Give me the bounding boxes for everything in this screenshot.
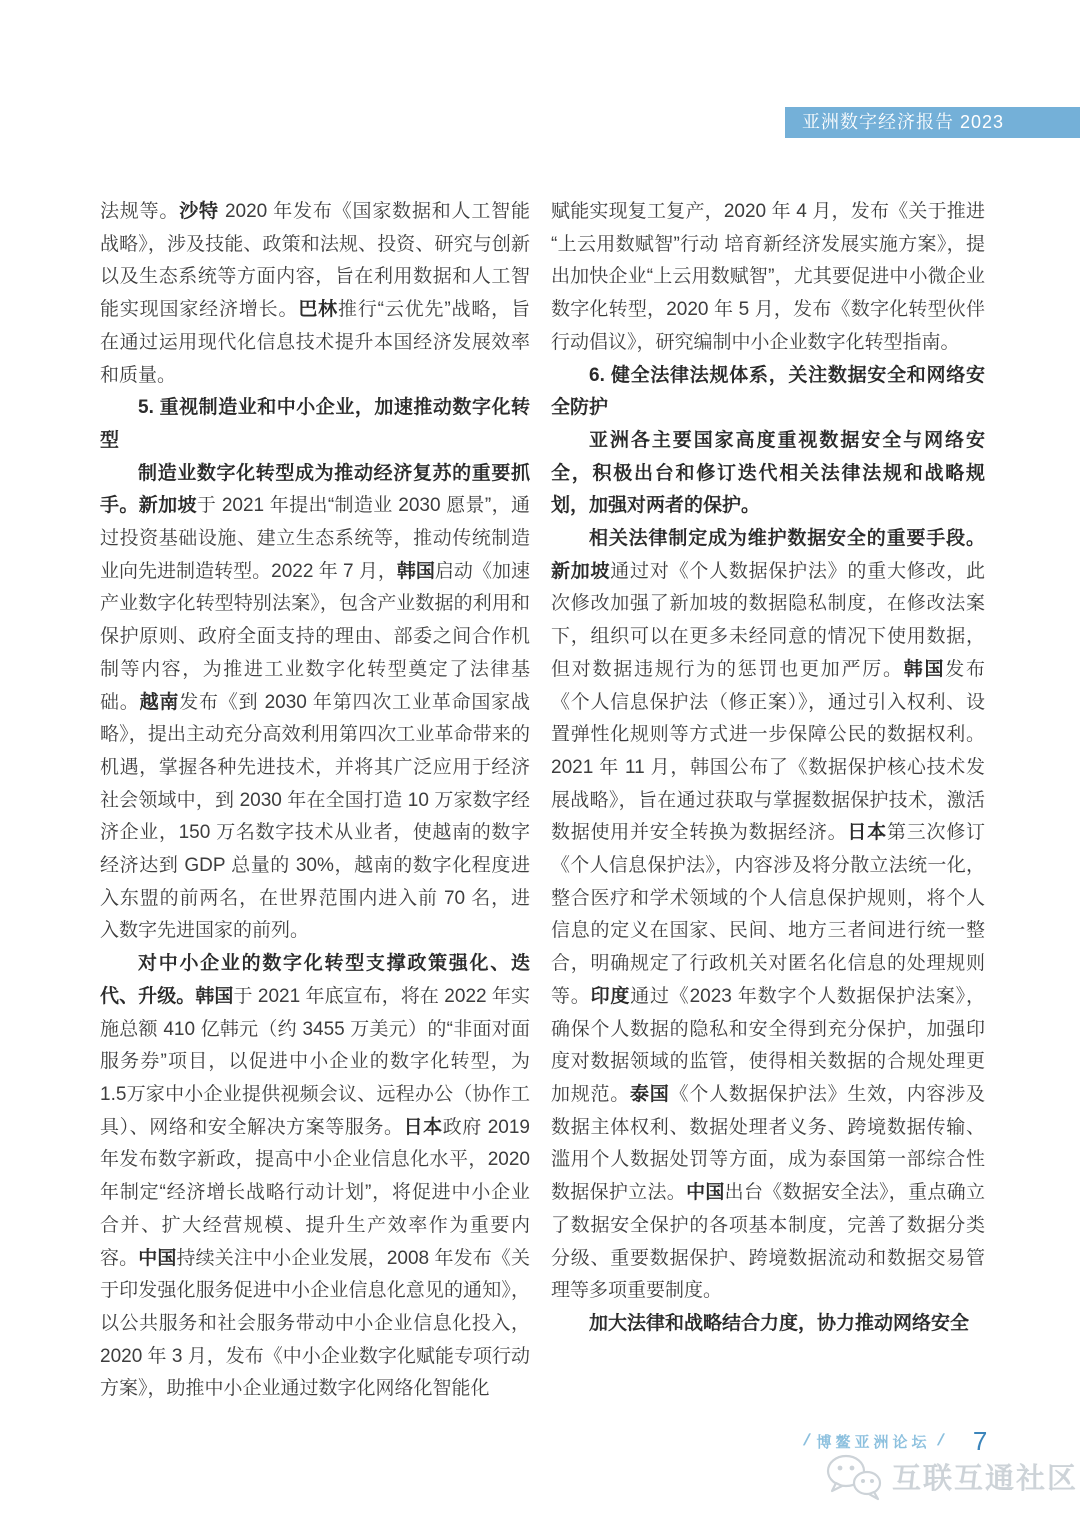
bold-text-run: 韩国 — [904, 659, 946, 680]
text-run: 赋能实现复工复产，2020 年 4 月，发布《关于推进“上云用数赋智”行动 培育… — [551, 201, 985, 353]
bold-text-run: 泰国 — [630, 1084, 670, 1105]
paragraph: 相关法律制定成为维护数据安全的重要手段。新加坡通过对《个人数据保护法》的重大修改… — [551, 523, 985, 1308]
bold-text-run: 相关法律制定成为维护数据安全的重要手段。 — [589, 528, 985, 549]
watermark-text: 互联互通社区 — [892, 1456, 1078, 1497]
paragraph: 制造业数字化转型成为推动经济复苏的重要抓手。新加坡于 2021 年提出“制造业 … — [100, 458, 530, 949]
report-page: 亚洲数字经济报告 2023 法规等。沙特 2020 年发布《国家数据和人工智能战… — [0, 0, 1080, 1526]
paragraph: 法规等。沙特 2020 年发布《国家数据和人工智能战略》，涉及技能、政策和法规、… — [100, 196, 530, 392]
paragraph: 加大法律和战略结合力度，协力推动网络安全 — [551, 1308, 985, 1341]
wechat-icon — [822, 1449, 886, 1503]
paragraph: 赋能实现复工复产，2020 年 4 月，发布《关于推进“上云用数赋智”行动 培育… — [551, 196, 985, 360]
bold-text-run: 中国 — [686, 1182, 725, 1203]
bold-text-run: 中国 — [138, 1248, 176, 1269]
text-run: 法规等。 — [100, 201, 179, 222]
paragraph: 对中小企业的数字化转型支撑政策强化、迭代、升级。韩国于 2021 年底宣布，将在… — [100, 948, 530, 1406]
bold-text-run: 6. 健全法律法规体系，关注数据安全和网络安全防护 — [551, 365, 985, 419]
text-run: 启动《加速产业数字化转型特别法案》，包含产业数据的利用和保护原则、政府全面支持的… — [100, 561, 530, 713]
footer-slash-left: / — [803, 1432, 810, 1450]
bold-text-run: 印度 — [591, 986, 631, 1007]
bold-text-run: 韩国 — [397, 561, 435, 582]
bold-text-run: 韩国 — [195, 986, 233, 1007]
bold-text-run: 5. 重视制造业和中小企业，加速推动数字化转型 — [100, 397, 530, 451]
bold-text-run: 巴林 — [298, 299, 338, 320]
text-run: 发布《到 2030 年第四次工业革命国家战略》，提出主动充分高效利用第四次工业革… — [100, 692, 530, 942]
bold-text-run: 新加坡 — [551, 561, 610, 582]
bold-text-run: 加大法律和战略结合力度，协力推动网络安全 — [589, 1313, 969, 1334]
right-column: 赋能实现复工复产，2020 年 4 月，发布《关于推进“上云用数赋智”行动 培育… — [551, 196, 985, 1341]
bold-text-run: 亚洲各主要国家高度重视数据安全与网络安全，积极出台和修订迭代相关法律法规和战略规… — [551, 430, 985, 516]
bold-text-run: 日本 — [847, 822, 887, 843]
text-run: 持续关注中小企业发展，2008 年发布《关于印发强化服务促进中小企业信息化意见的… — [100, 1248, 530, 1400]
text-run: 于 2021 年底宣布，将在 2022 年实施总额 410 亿韩元（约 3455… — [100, 986, 530, 1138]
report-header-bar: 亚洲数字经济报告 2023 — [785, 107, 1080, 138]
paragraph: 5. 重视制造业和中小企业，加速推动数字化转型 — [100, 392, 530, 457]
bold-text-run: 沙特 — [179, 201, 219, 222]
paragraph: 亚洲各主要国家高度重视数据安全与网络安全，积极出台和修订迭代相关法律法规和战略规… — [551, 425, 985, 523]
text-run: 发布《个人信息保护法（修正案）》，通过引入权利、设置弹性化规则等方式进一步保障公… — [551, 659, 985, 844]
bold-text-run: 日本 — [404, 1117, 443, 1138]
bold-text-run: 越南 — [140, 692, 180, 713]
text-run: 政府 2019 年发布数字新政，提高中小企业信息化水平，2020 年制定“经济增… — [100, 1117, 530, 1269]
text-run: 第三次修订《个人信息保护法》，内容涉及将分散立法统一化，整合医疗和学术领域的个人… — [551, 822, 985, 1007]
report-title: 亚洲数字经济报告 2023 — [802, 112, 1004, 132]
watermark: 互联互通社区 — [822, 1449, 1078, 1503]
bold-text-run: 新加坡 — [139, 495, 197, 516]
paragraph: 6. 健全法律法规体系，关注数据安全和网络安全防护 — [551, 360, 985, 425]
left-column: 法规等。沙特 2020 年发布《国家数据和人工智能战略》，涉及技能、政策和法规、… — [100, 196, 530, 1406]
footer-slash-right: / — [937, 1432, 944, 1450]
